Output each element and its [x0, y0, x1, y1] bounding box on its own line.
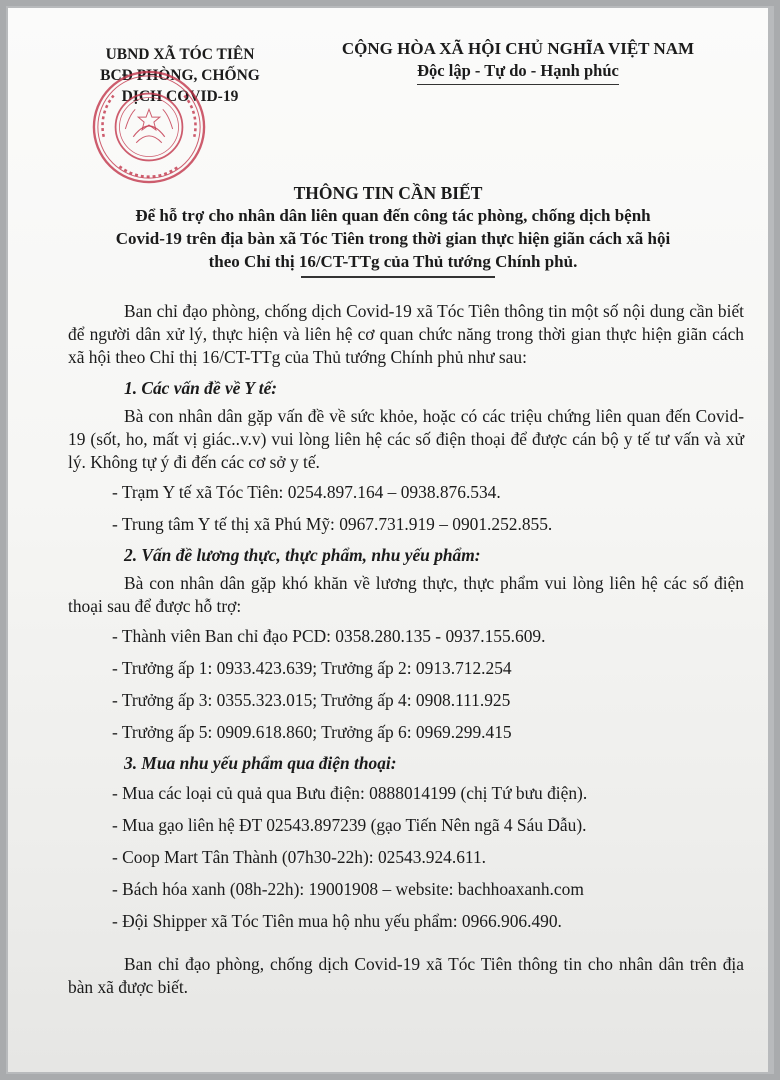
- section-health: 1. Các vấn đề về Y tế: Bà con nhân dân g…: [68, 377, 744, 536]
- subtitle-line: theo Chỉ thị 16/CT-TTg của Thủ tướng Chí…: [48, 250, 738, 273]
- contact-item: - Mua gạo liên hệ ĐT 02543.897239 (gạo T…: [68, 814, 744, 837]
- section-paragraph: Bà con nhân dân gặp khó khăn về lương th…: [68, 572, 744, 618]
- section-heading: 3. Mua nhu yếu phẩm qua điện thoại:: [68, 752, 744, 775]
- contact-item: - Trưởng ấp 3: 0355.323.015; Trưởng ấp 4…: [68, 689, 744, 712]
- contact-item: - Mua các loại củ quả qua Bưu điện: 0888…: [68, 782, 744, 805]
- subtitle-line: Covid-19 trên địa bàn xã Tóc Tiên trong …: [48, 227, 738, 250]
- section-paragraph: Bà con nhân dân gặp vấn đề về sức khỏe, …: [68, 405, 744, 474]
- authority-line: UBND XÃ TÓC TIÊN: [60, 44, 300, 65]
- national-header: CỘNG HÒA XÃ HỘI CHỦ NGHĨA VIỆT NAM Độc l…: [308, 38, 728, 85]
- intro-paragraph: Ban chỉ đạo phòng, chống dịch Covid-19 x…: [68, 300, 744, 369]
- title-divider: [301, 276, 495, 278]
- contact-item: - Trung tâm Y tế thị xã Phú Mỹ: 0967.731…: [68, 513, 744, 536]
- document-body: Ban chỉ đạo phòng, chống dịch Covid-19 x…: [68, 300, 744, 999]
- official-seal-icon: [90, 68, 208, 186]
- national-motto: Độc lập - Tự do - Hạnh phúc: [417, 60, 619, 85]
- section-food-supplies: 2. Vấn đề lương thực, thực phẩm, nhu yếu…: [68, 544, 744, 744]
- national-title: CỘNG HÒA XÃ HỘI CHỦ NGHĨA VIỆT NAM: [308, 38, 728, 60]
- contact-item: - Bách hóa xanh (08h-22h): 19001908 – we…: [68, 878, 744, 901]
- document-title: THÔNG TIN CẦN BIẾT: [8, 183, 768, 204]
- contact-item: - Thành viên Ban chỉ đạo PCD: 0358.280.1…: [68, 625, 744, 648]
- contact-item: - Đội Shipper xã Tóc Tiên mua hộ nhu yếu…: [68, 910, 744, 933]
- contact-item: - Trưởng ấp 1: 0933.423.639; Trưởng ấp 2…: [68, 657, 744, 680]
- section-phone-shopping: 3. Mua nhu yếu phẩm qua điện thoại: - Mu…: [68, 752, 744, 933]
- subtitle-line: Để hỗ trợ cho nhân dân liên quan đến côn…: [48, 204, 738, 227]
- contact-item: - Coop Mart Tân Thành (07h30-22h): 02543…: [68, 846, 744, 869]
- closing-paragraph: Ban chỉ đạo phòng, chống dịch Covid-19 x…: [68, 953, 744, 999]
- contact-item: - Trạm Y tế xã Tóc Tiên: 0254.897.164 – …: [68, 481, 744, 504]
- section-heading: 1. Các vấn đề về Y tế:: [68, 377, 744, 400]
- document-subtitle: Để hỗ trợ cho nhân dân liên quan đến côn…: [48, 204, 738, 273]
- section-heading: 2. Vấn đề lương thực, thực phẩm, nhu yếu…: [68, 544, 744, 567]
- contact-item: - Trưởng ấp 5: 0909.618.860; Trưởng ấp 6…: [68, 721, 744, 744]
- document-page: UBND XÃ TÓC TIÊN BCĐ PHÒNG, CHỐNG DỊCH C…: [8, 8, 768, 1072]
